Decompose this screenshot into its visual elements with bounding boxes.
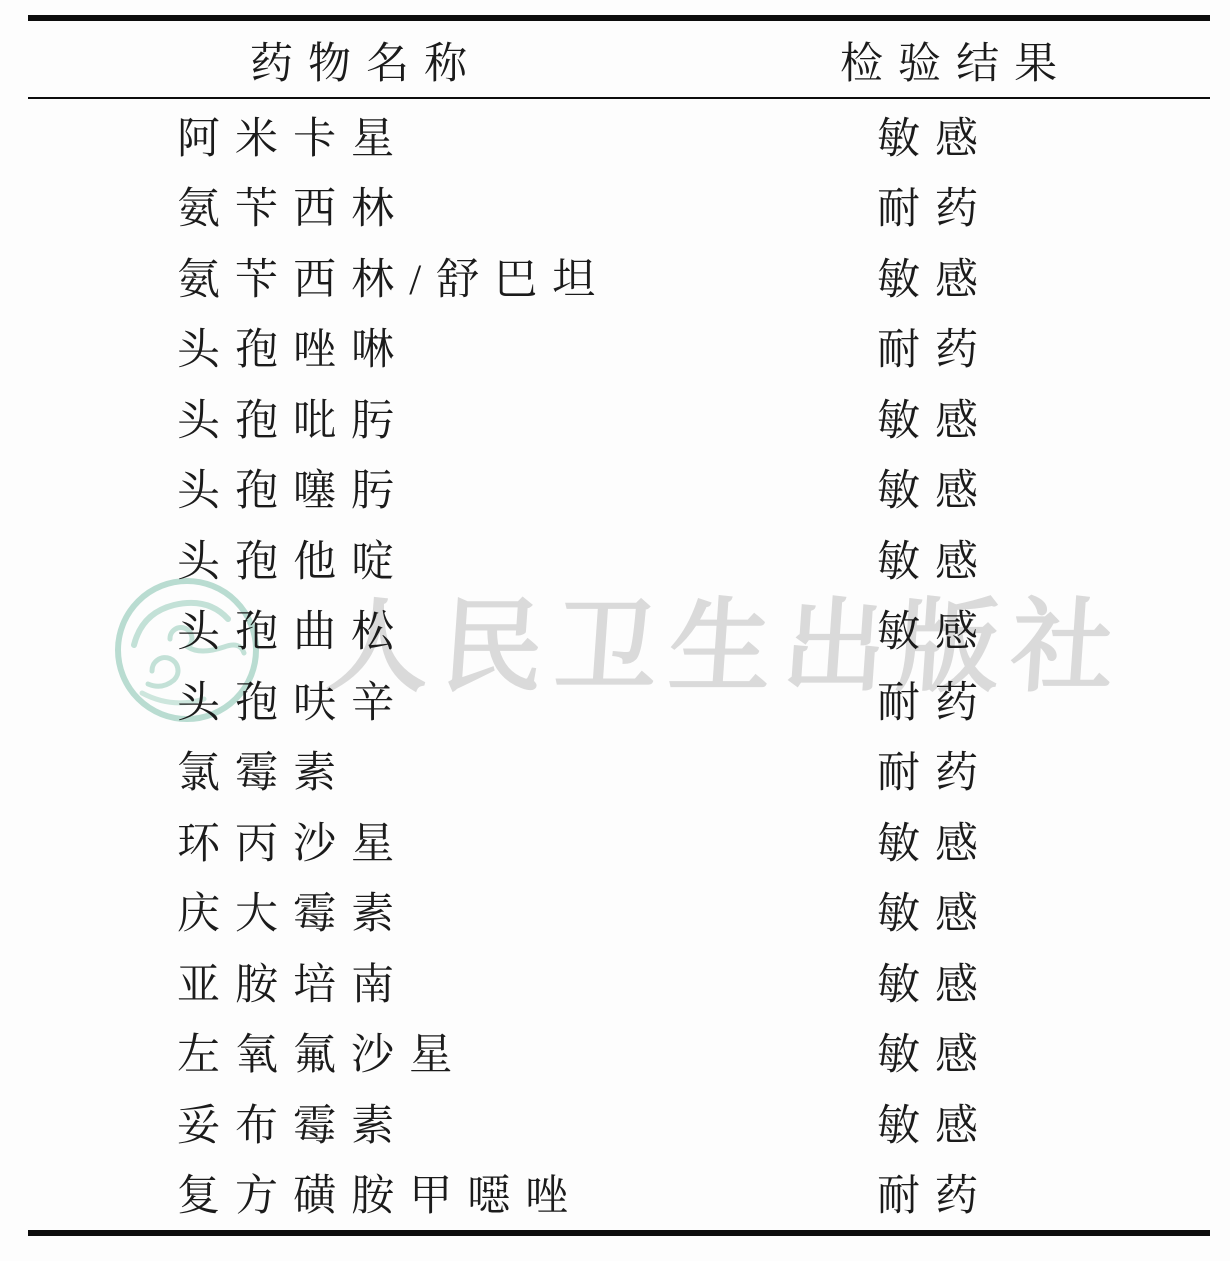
test-result-cell: 耐药: [877, 739, 993, 800]
table-row: 氯霉素 耐药: [0, 735, 1230, 806]
drug-name-cell: 庆大霉素: [177, 880, 877, 941]
test-result-cell: 耐药: [877, 669, 993, 730]
table-row: 氨苄西林 耐药: [0, 171, 1230, 242]
drug-name-cell: 头孢曲松: [177, 598, 877, 659]
table-body: 阿米卡星 敏感 氨苄西林 耐药 氨苄西林/舒巴坦 敏感 头孢唑啉 耐药 头孢吡肟…: [0, 100, 1230, 1228]
drug-name-cell: 妥布霉素: [177, 1092, 877, 1153]
drug-name-cell: 左氧氟沙星: [177, 1021, 877, 1082]
drug-name-cell: 亚胺培南: [177, 951, 877, 1012]
test-result-cell: 敏感: [877, 951, 993, 1012]
test-result-cell: 耐药: [877, 1162, 993, 1223]
drug-name-cell: 头孢吡肟: [177, 387, 877, 448]
test-result-cell: 敏感: [877, 387, 993, 448]
table-header-row: 药物名称 检验结果: [0, 24, 1230, 96]
table-row: 头孢呋辛 耐药: [0, 664, 1230, 735]
drug-name-cell: 环丙沙星: [177, 810, 877, 871]
table-row: 亚胺培南 敏感: [0, 946, 1230, 1017]
test-result-cell: 敏感: [877, 457, 993, 518]
test-result-cell: 敏感: [877, 598, 993, 659]
table-row: 头孢吡肟 敏感: [0, 382, 1230, 453]
table-row: 环丙沙星 敏感: [0, 805, 1230, 876]
table-row: 庆大霉素 敏感: [0, 876, 1230, 947]
table-row: 妥布霉素 敏感: [0, 1087, 1230, 1158]
drug-name-cell: 头孢他啶: [177, 528, 877, 589]
drug-name-cell: 头孢呋辛: [177, 669, 877, 730]
drug-name-cell: 头孢唑啉: [177, 316, 877, 377]
drug-name-cell: 氨苄西林: [177, 175, 877, 236]
table-row: 头孢他啶 敏感: [0, 523, 1230, 594]
table-bottom-rule: [28, 1230, 1210, 1236]
table-row: 氨苄西林/舒巴坦 敏感: [0, 241, 1230, 312]
test-result-cell: 敏感: [877, 1092, 993, 1153]
table-row: 阿米卡星 敏感: [0, 100, 1230, 171]
test-result-cell: 敏感: [877, 880, 993, 941]
column-header-test-result: 检验结果: [840, 30, 1072, 91]
drug-name-cell: 复方磺胺甲噁唑: [177, 1162, 877, 1223]
table-row: 头孢曲松 敏感: [0, 594, 1230, 665]
table-top-rule: [28, 15, 1210, 21]
test-result-cell: 耐药: [877, 316, 993, 377]
table-row: 左氧氟沙星 敏感: [0, 1017, 1230, 1088]
drug-name-cell: 阿米卡星: [177, 105, 877, 166]
test-result-cell: 耐药: [877, 175, 993, 236]
table-row: 头孢噻肟 敏感: [0, 453, 1230, 524]
test-result-cell: 敏感: [877, 810, 993, 871]
book-page-drug-susceptibility-table: 人民卫生出版社 药物名称 检验结果 阿米卡星 敏感 氨苄西林 耐药 氨苄西林/舒…: [0, 0, 1230, 1261]
test-result-cell: 敏感: [877, 1021, 993, 1082]
column-header-drug-name: 药物名称: [250, 30, 840, 91]
test-result-cell: 敏感: [877, 105, 993, 166]
drug-name-cell: 头孢噻肟: [177, 457, 877, 518]
table-row: 复方磺胺甲噁唑 耐药: [0, 1158, 1230, 1229]
test-result-cell: 敏感: [877, 528, 993, 589]
drug-name-cell: 氯霉素: [177, 739, 877, 800]
drug-name-cell: 氨苄西林/舒巴坦: [177, 246, 877, 307]
table-row: 头孢唑啉 耐药: [0, 312, 1230, 383]
table-header-rule: [28, 97, 1210, 99]
test-result-cell: 敏感: [877, 246, 993, 307]
